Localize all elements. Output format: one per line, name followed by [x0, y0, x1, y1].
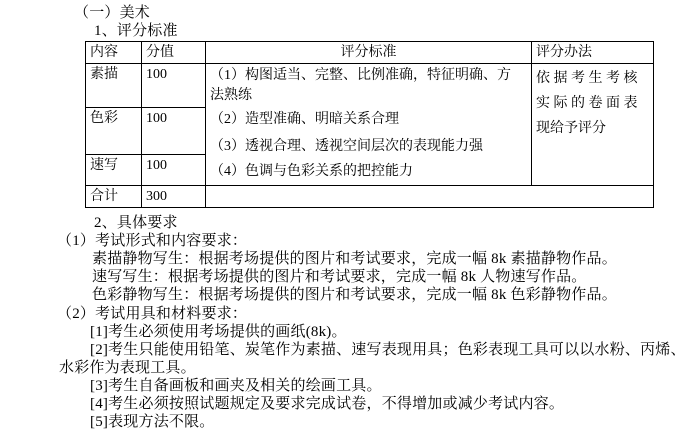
- criteria-line-2: 法熟练: [210, 86, 527, 106]
- header-content: 内容: [86, 42, 142, 64]
- requirement-2-item-4: [4]考生必须按照试题规定及要求完成试卷，不得增加或减少考试内容。: [90, 396, 564, 413]
- table-header-row: 内容 分值 评分标准 评分办法: [86, 42, 654, 64]
- sub-heading-requirements: 2、具体要求: [94, 215, 178, 232]
- criteria-line-3: （2）造型准确、明暗关系合理: [210, 110, 527, 130]
- requirement-1-title: （1）考试形式和内容要求：: [57, 233, 247, 250]
- cell-content-croquis: 速写: [86, 155, 142, 186]
- scoring-table: 内容 分值 评分标准 评分办法 素描 100 （1）构图适当、完整、比例准确，特…: [85, 41, 654, 208]
- header-method: 评分办法: [532, 42, 654, 64]
- requirement-2-item-5: [5]表现方法不限。: [90, 414, 215, 431]
- cell-total-label: 合计: [86, 186, 142, 208]
- table-row: 素描 100 （1）构图适当、完整、比例准确，特征明确、方 法熟练 （2）造型准…: [86, 64, 654, 108]
- cell-method: 依据考生考核 实际的卷面表 现给予评分: [532, 64, 654, 186]
- cell-content-sketch: 素描: [86, 64, 142, 108]
- cell-score-sketch: 100: [142, 64, 206, 108]
- cell-content-color: 色彩: [86, 108, 142, 155]
- method-line-1: 依据考生考核: [536, 66, 649, 91]
- requirement-2-item-1: [1]考生必须使用考场提供的画纸(8k)。: [90, 324, 347, 341]
- cell-total-score: 300: [142, 186, 206, 208]
- criteria-line-1: （1）构图适当、完整、比例准确，特征明确、方: [210, 66, 527, 86]
- table-total-row: 合计 300: [86, 186, 654, 208]
- requirement-1-line-color: 色彩静物写生：根据考场提供的图片和考试要求，完成一幅 8k 色彩静物作品。: [92, 287, 617, 304]
- criteria-line-5: （4）色调与色彩关系的把控能力: [210, 162, 527, 182]
- cell-empty: [206, 186, 654, 208]
- section-heading: （一）美术: [74, 5, 150, 22]
- requirement-2-item-2-wrap: 水彩作为表现工具。: [59, 360, 196, 377]
- cell-criteria: （1）构图适当、完整、比例准确，特征明确、方 法熟练 （2）造型准确、明暗关系合…: [206, 64, 532, 186]
- header-score: 分值: [142, 42, 206, 64]
- sub-heading-scoring: 1、评分标准: [94, 23, 178, 40]
- method-line-2: 实际的卷面表: [536, 91, 649, 116]
- requirement-2-item-2: [2]考生只能使用铅笔、炭笔作为素描、速写表现用具；色彩表现工具可以以水粉、丙烯…: [90, 342, 686, 359]
- criteria-line-4: （3）透视合理、透视空间层次的表现能力强: [210, 137, 527, 157]
- cell-score-croquis: 100: [142, 155, 206, 186]
- method-line-3: 现给予评分: [536, 116, 649, 141]
- header-criteria: 评分标准: [206, 42, 532, 64]
- cell-score-color: 100: [142, 108, 206, 155]
- requirement-2-item-3: [3]考生自备画板和画夹及相关的绘画工具。: [90, 378, 382, 395]
- requirement-1-line-croquis: 速写写生：根据考场提供的图片和考试要求，完成一幅 8k 人物速写作品。: [92, 269, 587, 286]
- requirement-1-line-sketch: 素描静物写生：根据考场提供的图片和考试要求，完成一幅 8k 素描静物作品。: [92, 251, 617, 268]
- requirement-2-title: （2）考试用具和材料要求：: [57, 306, 247, 323]
